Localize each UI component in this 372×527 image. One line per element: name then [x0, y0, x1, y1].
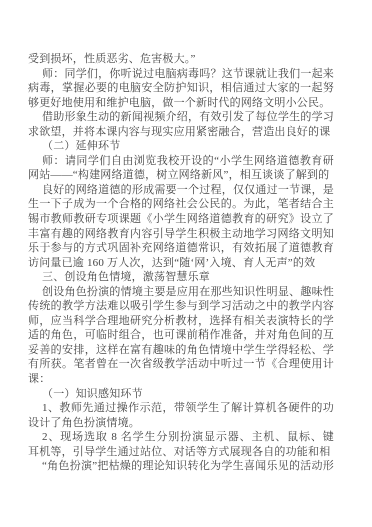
text-line: 有所获。笔者曾在一次省级教学活动中听过一节《合理使用计算机》公开 — [28, 357, 334, 372]
text-line: 师：请同学们自由浏览我校开设的“小学生网络道德教育研究”专题 — [28, 154, 334, 169]
text-line: 借助形象生动的新闻视频介绍，有效引发了每位学生的学习兴趣、探 — [28, 110, 334, 125]
text-line: 网站——“构建网络道德，树立网络新风”，相互谈谈了解到的信息。 — [28, 168, 334, 183]
text-line: 创设角色扮演的情境主要是应用在那些知识性明显、趣味性不足，用 — [28, 285, 334, 300]
text-line: 锡市教师教研专项课题《小学生网络道德教育的研究》设立了专题网站，用 — [28, 212, 334, 227]
text-line: （一）知识感知环节 — [28, 387, 334, 402]
text-line: 耳机等，引导学生通过站位、对话等方式展现各自的功能和相互间的关系。 — [28, 445, 334, 460]
text-line: 1、教师先通过操作示范，带领学生了解计算机各硬件的功用，然后就 — [28, 401, 334, 416]
text-line: 求欲望，并将本课内容与现实应用紧密融合，营造出良好的课堂学习氛围。 — [28, 125, 334, 140]
text-line: 生一下子成为一个合格的网络社会公民的。为此，笔者结合主持研究的无 — [28, 197, 334, 212]
text-line: 传统的教学方法难以吸引学生参与到学习活动之中的教学内容上。作为教 — [28, 299, 334, 314]
text-line: （二）延伸环节 — [28, 139, 334, 154]
text-line: 够更好地使用和维护电脑，做一个新时代的网络文明小公民。 — [28, 96, 334, 111]
text-line: 三、创设角色情境，激荡智慧乐章 — [28, 270, 334, 285]
text-line: “角色扮演”把枯燥的理论知识转化为学生喜闻乐见的活动形式，学 — [28, 459, 334, 474]
text-line: 丰富有趣的网络教育内容引导学生积极主动地学习网络文明知识，用学生 — [28, 227, 334, 242]
document-text-block: 受到损坏，性质恶劣、危害极大。”师：同学们，你听说过电脑病毒吗？这节课就让我们一… — [28, 52, 334, 474]
text-line: 访问量已逾 160 万人次，达到“随‘网’入境、育人无声”的效果。 — [28, 256, 334, 271]
text-line: 师：同学们，你听说过电脑病毒吗？这节课就让我们一起来了解电脑 — [28, 67, 334, 82]
document-page: 受到损坏，性质恶劣、危害极大。”师：同学们，你听说过电脑病毒吗？这节课就让我们一… — [0, 0, 372, 527]
text-line: 设计了角色扮演情境。 — [28, 416, 334, 431]
text-line: 适的角色，可临时组合，也可课前稍作准备，并对角色间的互换调整作出 — [28, 328, 334, 343]
text-line: 师，应当科学合理地研究分析教材，选择有相关表演特长的学生来扮演合 — [28, 314, 334, 329]
text-line: 2、现场选取 8 名学生分别扮演显示器、主机、鼠标、键盘、扫描仪、 — [28, 430, 334, 445]
text-line: 妥善的安排，这样在富有趣味的角色情境中学生学得轻松、学得快乐，学 — [28, 343, 334, 358]
text-line: 良好的网络道德的形成需要一个过程，仅仅通过一节课，是无法让学 — [28, 183, 334, 198]
text-line: 课： — [28, 372, 334, 387]
text-line: 受到损坏，性质恶劣、危害极大。” — [28, 52, 334, 67]
text-line: 病毒，掌握必要的电脑安全防护知识，相信通过大家的一起努力，一定能 — [28, 81, 334, 96]
text-line: 乐于参与的方式巩固补充网络道德常识，有效拓展了道德教育时空，累计 — [28, 241, 334, 256]
